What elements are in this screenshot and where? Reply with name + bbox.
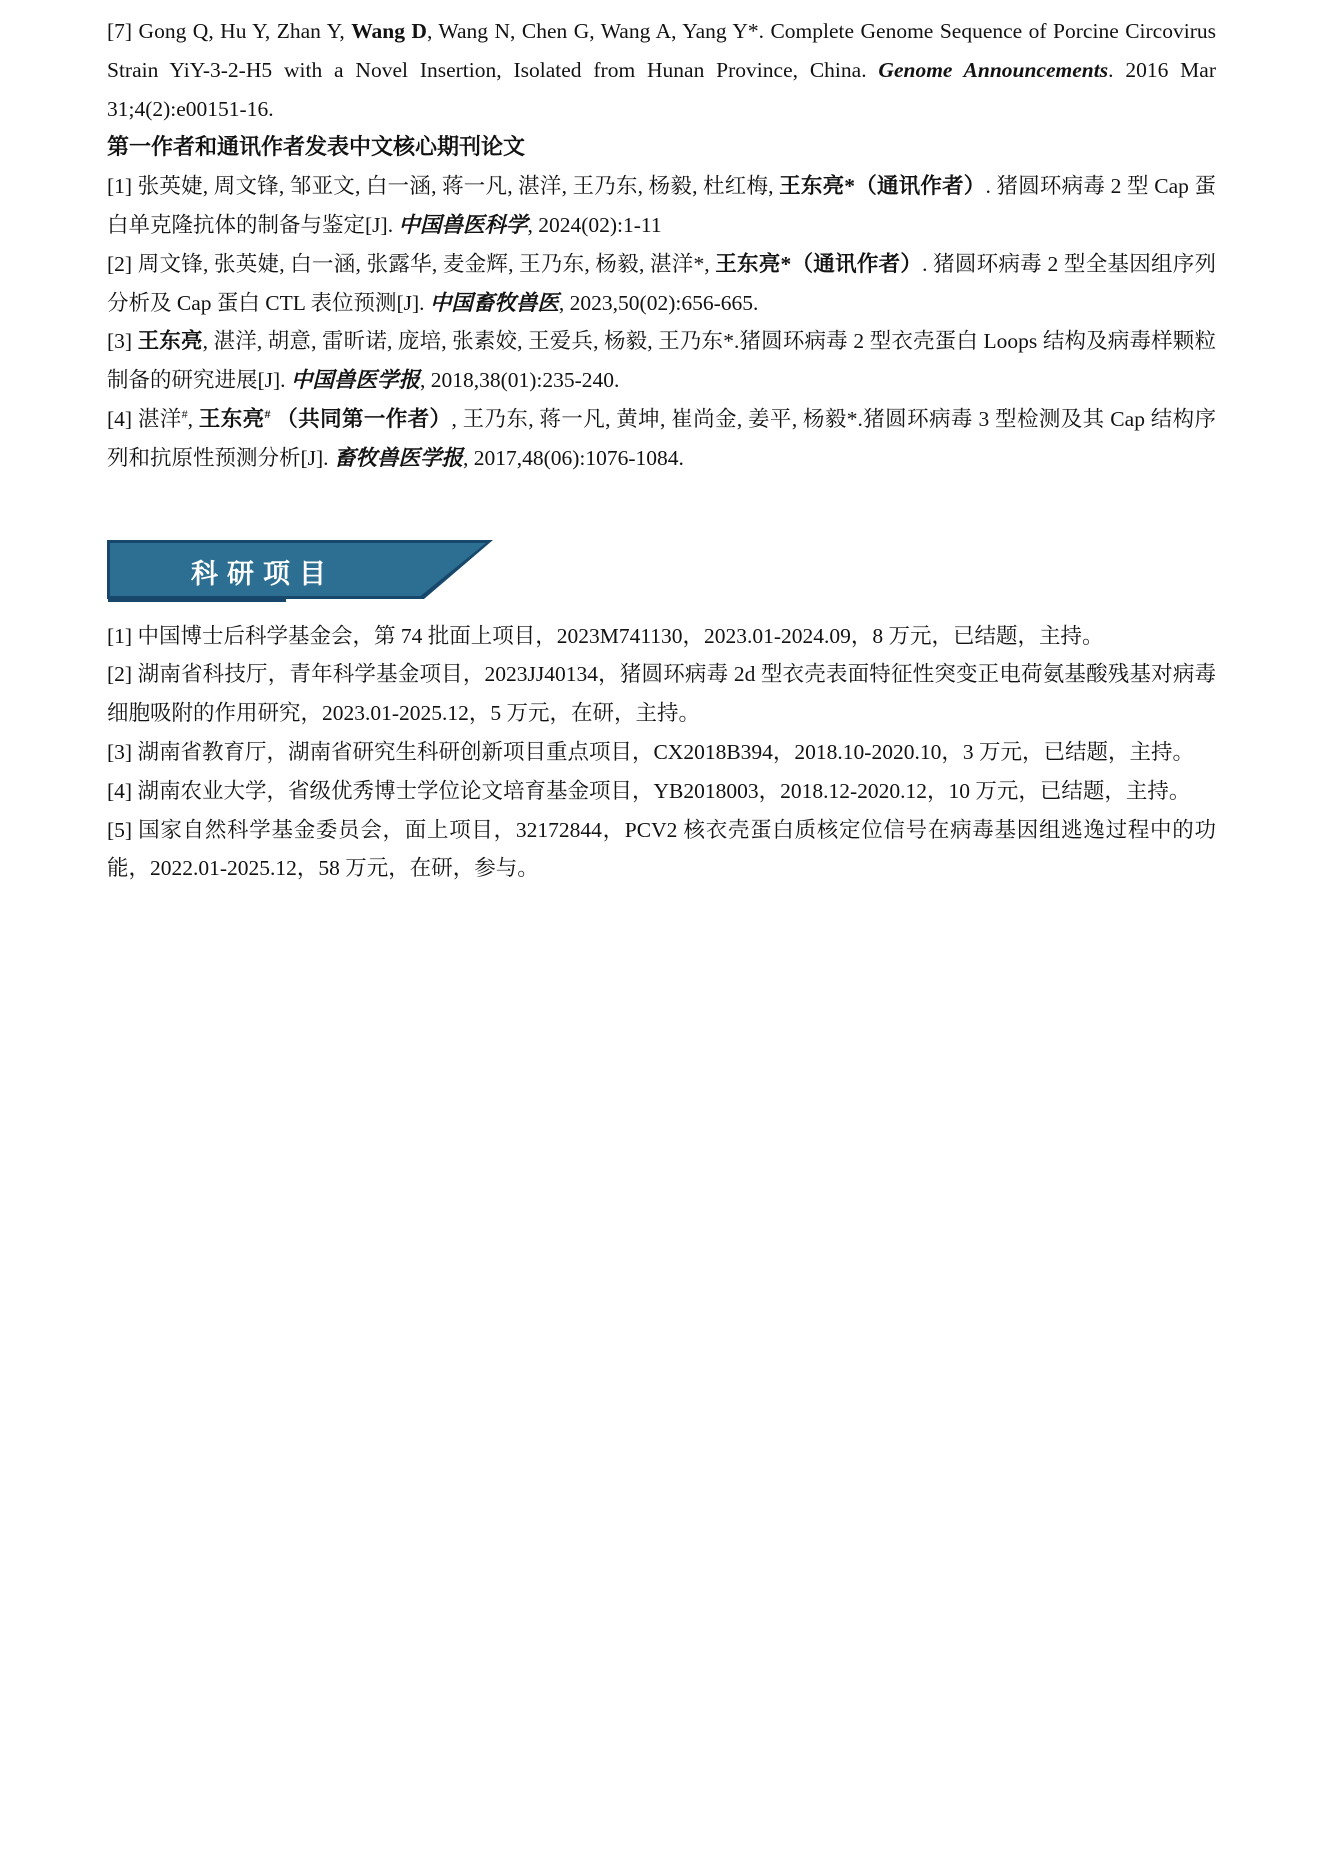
reference-en-7: [7] Gong Q, Hu Y, Zhan Y, Wang D, Wang N…: [107, 12, 1216, 128]
project-item-5: [5] 国家自然科学基金委员会，面上项目，32172844，PCV2 核衣壳蛋白…: [107, 811, 1216, 889]
document-page: [7] Gong Q, Hu Y, Zhan Y, Wang D, Wang N…: [0, 0, 1323, 1871]
cn-core-publications: 第一作者和通讯作者发表中文核心期刊论文 [1] 张英婕, 周文锋, 邹亚文, 白…: [107, 128, 1216, 477]
cn-ref-4: [4] 湛洋#, 王东亮# （共同第一作者）, 王乃东, 蒋一凡, 黄坤, 崔尚…: [107, 400, 1216, 478]
cn-ref-3: [3] 王东亮, 湛洋, 胡意, 雷昕诺, 庞培, 张素姣, 王爱兵, 杨毅, …: [107, 322, 1216, 400]
banner-title: 科研项目: [153, 552, 373, 591]
english-references: [7] Gong Q, Hu Y, Zhan Y, Wang D, Wang N…: [107, 12, 1216, 128]
cn-core-heading: 第一作者和通讯作者发表中文核心期刊论文: [107, 128, 1216, 167]
research-projects-list: [1] 中国博士后科学基金会，第 74 批面上项目，2023M741130，20…: [107, 617, 1216, 889]
cn-ref-1: [1] 张英婕, 周文锋, 邹亚文, 白一涵, 蒋一凡, 湛洋, 王乃东, 杨毅…: [107, 167, 1216, 245]
cn-ref-2: [2] 周文锋, 张英婕, 白一涵, 张露华, 麦金辉, 王乃东, 杨毅, 湛洋…: [107, 245, 1216, 323]
project-item-4: [4] 湖南农业大学，省级优秀博士学位论文培育基金项目，YB2018003，20…: [107, 772, 1216, 811]
research-projects-banner: 科研项目: [107, 540, 497, 604]
project-item-3: [3] 湖南省教育厅，湖南省研究生科研创新项目重点项目，CX2018B394，2…: [107, 733, 1216, 772]
project-item-2: [2] 湖南省科技厅，青年科学基金项目，2023JJ40134，猪圆环病毒 2d…: [107, 655, 1216, 733]
project-item-1: [1] 中国博士后科学基金会，第 74 批面上项目，2023M741130，20…: [107, 617, 1216, 656]
